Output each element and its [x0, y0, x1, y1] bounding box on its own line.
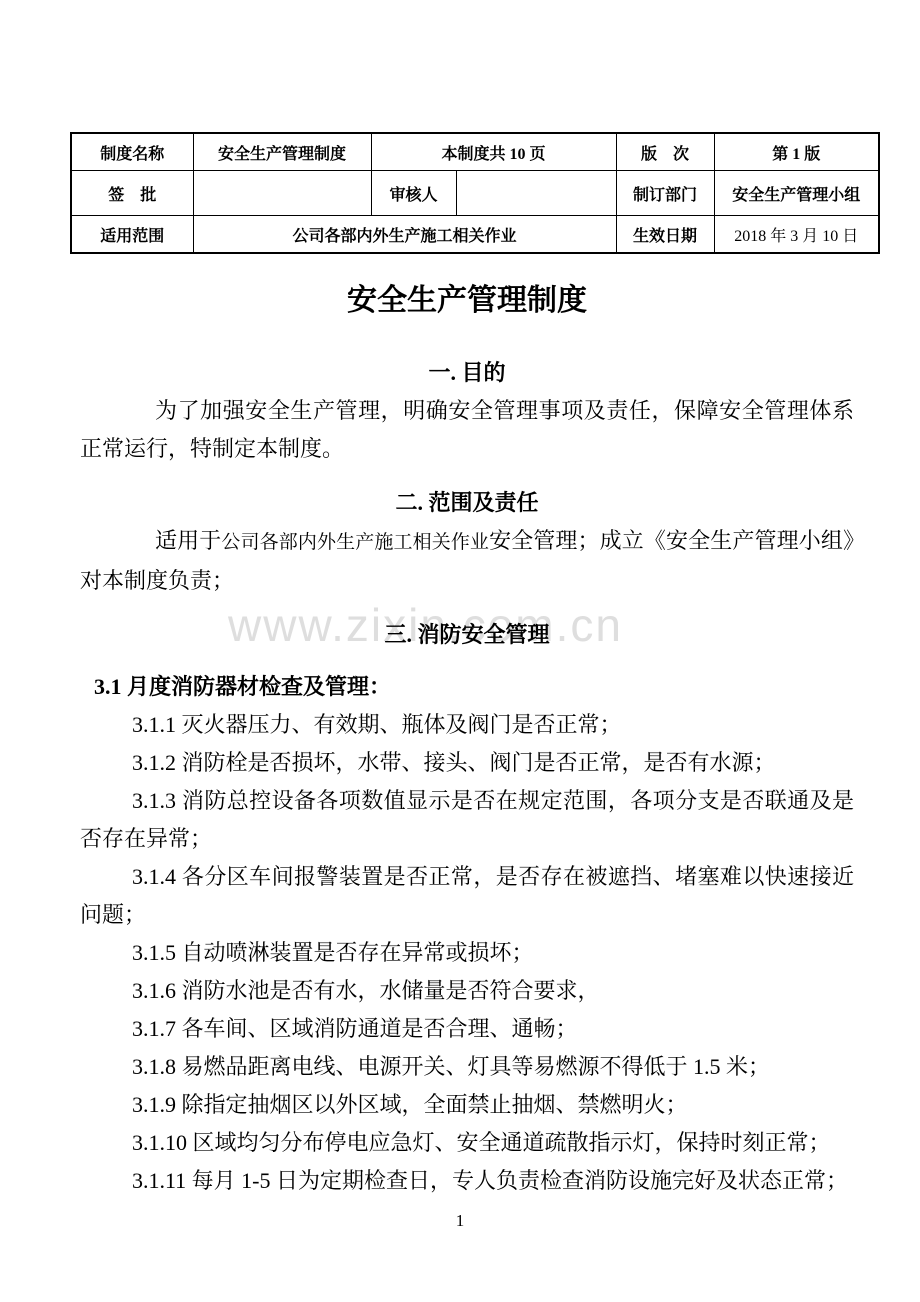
version-label: 版 次 [616, 133, 714, 171]
sign-approve-value [193, 171, 371, 216]
effective-date-label: 生效日期 [616, 216, 714, 254]
document-content: 制度名称 安全生产管理制度 本制度共 10 页 版 次 第 1 版 签 批 审核… [0, 132, 920, 1234]
subsection-heading-monthly-inspection: 3.1 月度消防器材检查及管理： [80, 668, 854, 706]
table-row: 适用范围 公司各部内外生产施工相关作业 生效日期 2018 年 3 月 10 日 [71, 216, 879, 254]
section-heading-scope: 二. 范围及责任 [80, 484, 854, 522]
effective-date-value: 2018 年 3 月 10 日 [714, 216, 879, 254]
list-item: 3.1.4 各分区车间报警装置是否正常，是否存在被遮挡、堵塞难以快速接近问题； [80, 858, 854, 934]
table-row: 签 批 审核人 制订部门 安全生产管理小组 [71, 171, 879, 216]
list-item: 3.1.5 自动喷淋装置是否存在异常或损坏； [80, 934, 854, 972]
list-item: 3.1.9 除指定抽烟区以外区域，全面禁止抽烟、禁燃明火； [80, 1086, 854, 1124]
page-count-cell: 本制度共 10 页 [371, 133, 616, 171]
list-item: 3.1.11 每月 1-5 日为定期检查日，专人负责检查消防设施完好及状态正常； [80, 1162, 854, 1200]
section-heading-fire-safety: 三. 消防安全管理 [80, 616, 854, 654]
document-title: 安全生产管理制度 [80, 280, 854, 322]
header-table: 制度名称 安全生产管理制度 本制度共 10 页 版 次 第 1 版 签 批 审核… [70, 132, 880, 254]
list-item: 3.1.10 区域均匀分布停电应急灯、安全通道疏散指示灯，保持时刻正常； [80, 1124, 854, 1162]
reviewer-value [456, 171, 616, 216]
section-heading-purpose: 一. 目的 [80, 354, 854, 392]
list-item: 3.1.6 消防水池是否有水，水储量是否符合要求， [80, 972, 854, 1010]
scope-text-run-2: 公司各部内外生产施工相关作业 [221, 532, 489, 553]
list-item: 3.1.3 消防总控设备各项数值显示是否在规定范围，各项分支是否联通及是否存在异… [80, 782, 854, 858]
scope-value: 公司各部内外生产施工相关作业 [193, 216, 616, 254]
policy-name-value: 安全生产管理制度 [193, 133, 371, 171]
reviewer-label: 审核人 [371, 171, 456, 216]
version-value: 第 1 版 [714, 133, 879, 171]
table-row: 制度名称 安全生产管理制度 本制度共 10 页 版 次 第 1 版 [71, 133, 879, 171]
document-page: www.zixin.com.cn 制度名称 安全生产管理制度 本制度共 10 页… [0, 0, 920, 1302]
sign-approve-label: 签 批 [71, 171, 193, 216]
drafting-dept-label: 制订部门 [616, 171, 714, 216]
page-number: 1 [0, 1208, 920, 1234]
policy-name-label: 制度名称 [71, 133, 193, 171]
paragraph-scope: 适用于公司各部内外生产施工相关作业安全管理；成立《安全生产管理小组》对本制度负责… [80, 522, 854, 600]
list-item: 3.1.1 灭火器压力、有效期、瓶体及阀门是否正常； [80, 706, 854, 744]
list-item: 3.1.8 易燃品距离电线、电源开关、灯具等易燃源不得低于 1.5 米； [80, 1048, 854, 1086]
scope-text-run-1: 适用于 [155, 528, 221, 553]
list-item: 3.1.7 各车间、区域消防通道是否合理、通畅； [80, 1010, 854, 1048]
drafting-dept-value: 安全生产管理小组 [714, 171, 879, 216]
scope-label: 适用范围 [71, 216, 193, 254]
list-item: 3.1.2 消防栓是否损坏，水带、接头、阀门是否正常，是否有水源； [80, 744, 854, 782]
paragraph-purpose: 为了加强安全生产管理，明确安全管理事项及责任，保障安全管理体系正常运行，特制定本… [80, 392, 854, 468]
